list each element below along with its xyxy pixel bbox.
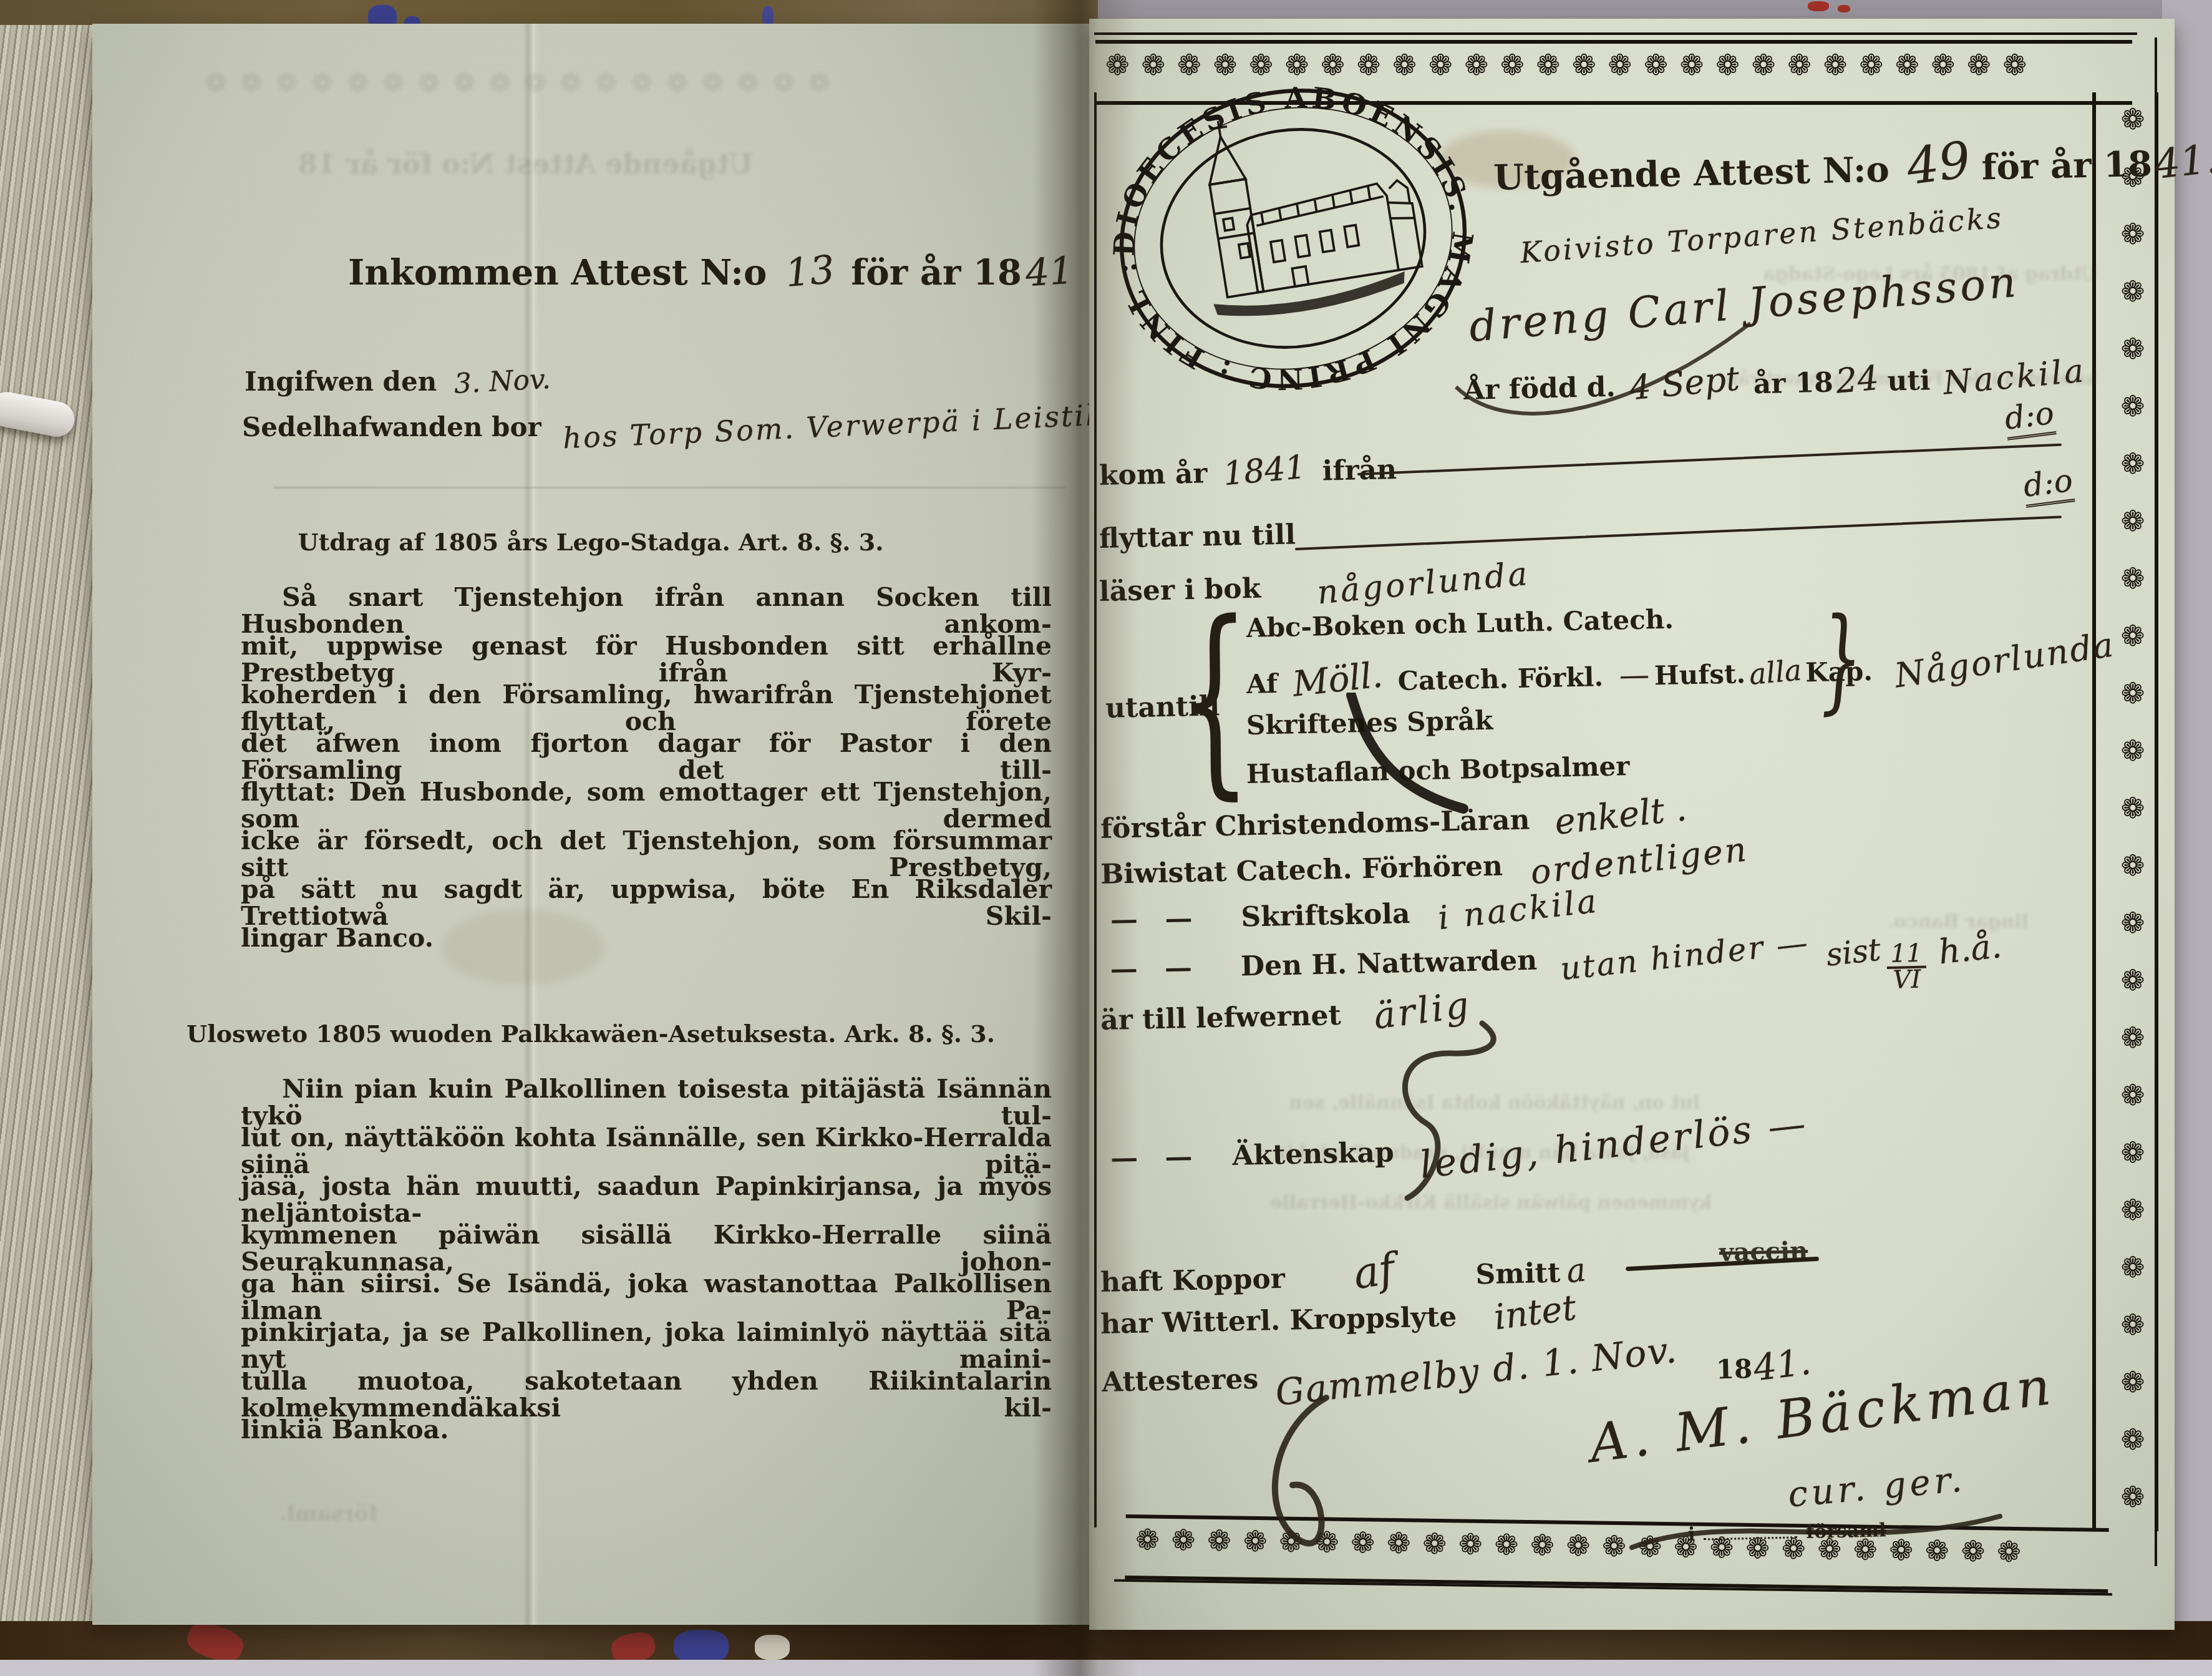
utantill-note-handwritten: Någorlunda xyxy=(1892,625,2117,695)
utantill-item-1-label: Abc-Boken och Luth. Catech. xyxy=(1246,604,1674,643)
kom-row: kom år 1841 ifrån xyxy=(1099,449,1397,493)
bleed-through-ornament: ❁❁❁❁❁❁❁❁❁❁❁❁❁❁❁❁❁❁ xyxy=(205,67,1041,99)
finnish-extract-heading: Ulosweto 1805 wuoden Palkkawäen-Asetukse… xyxy=(92,1020,1089,1048)
inkommen-header-year-label: för år 18 xyxy=(851,252,1022,293)
ditto-dashes: — — xyxy=(1110,1141,1201,1174)
marble-speck xyxy=(1838,5,1850,12)
kom-value: d:o xyxy=(2004,397,2054,438)
born-place-label: uti xyxy=(1887,364,1931,397)
swedish-paragraph-line: lingar Banco. xyxy=(241,925,1052,952)
utantill-item-2-mid: Catech. Förkl. xyxy=(1397,661,1603,696)
nattwarden-date-fraction: 11 VI xyxy=(1886,942,1927,991)
person-origin-text: Koivisto Torparen Stenbäcks xyxy=(1519,200,2005,270)
signature-row: A. M. Bäckman xyxy=(1588,1379,2057,1450)
swedish-paragraph-line: koherden i den Församling, hwarifrån Tje… xyxy=(241,681,1052,735)
inkommen-header: Inkommen Attest N:o 13 för år 18 41 xyxy=(348,248,1073,294)
photographed-book-opening: ❁❁❁❁❁❁❁❁❁❁❁❁❁❁❁❁❁❁ Utgående Attest N:o f… xyxy=(0,0,2212,1676)
utantill-item-1: Abc-Boken och Luth. Catech. xyxy=(1246,604,1674,643)
forsaml-blank xyxy=(1704,1536,1798,1540)
attestation-year-printed: 18 xyxy=(1715,1353,1752,1385)
koppor-smitt-label: Smitt xyxy=(1475,1257,1561,1291)
born-day-handwritten: 4 Sept xyxy=(1627,359,1741,408)
seal-legend: DIOECESIS ABOENSIS. MAGNI PRINC : FINL : xyxy=(1110,67,1476,409)
utantill-item-2-pre: Af xyxy=(1246,668,1278,699)
handwritten-brace: } xyxy=(1818,602,1864,718)
swedish-paragraph-line: Så snart Tjenstehjon ifrån annan Socken … xyxy=(241,584,1052,638)
frame-rule xyxy=(2155,37,2157,1566)
utgaende-header-label: Utgående Attest N:o xyxy=(1493,149,1889,198)
born-year-handwritten: 24 xyxy=(1834,358,1880,401)
fraction-denominator: VI xyxy=(1893,968,1921,991)
biwistat-label: Biwistat Catech. Förhören xyxy=(1100,850,1503,890)
laser-value-handwritten: någorlunda xyxy=(1316,555,1531,612)
frame-rule xyxy=(1094,92,1097,1527)
ditto-handwritten: d:o xyxy=(2002,394,2056,440)
finnish-paragraph-line: jäsä, josta hän muutti, saadun Papinkirj… xyxy=(241,1173,1052,1227)
born-place-handwritten: Nackila xyxy=(1941,352,2087,402)
skriftskola-value-handwritten: i nackila xyxy=(1436,883,1601,938)
lefwernet-label: är till lefwernet xyxy=(1100,1000,1342,1036)
forsaml-footer: i församl xyxy=(1688,1519,1886,1546)
koppor-a-handwritten: a xyxy=(1564,1251,1588,1290)
kom-year-handwritten: 1841 xyxy=(1222,449,1307,494)
attest-year-handwritten: 41. xyxy=(2152,135,2212,188)
pen-flourish xyxy=(1233,1391,1370,1591)
alla-handwritten: alla xyxy=(1748,653,1803,691)
ditto-handwritten: d:o xyxy=(2021,462,2075,507)
ingifwen-label: Ingifwen den xyxy=(245,366,437,397)
kroppslyte-label: har Witterl. Kroppslyte xyxy=(1100,1301,1457,1340)
swedish-paragraph-line: flyttat: Den Husbonde, som emottager ett… xyxy=(241,779,1052,832)
ornament-border-right: ❁❁❁❁❁❁❁❁❁❁❁❁❁❁❁❁❁❁❁❁❁❁❁❁❁ xyxy=(2092,92,2158,1531)
kroppslyte-value-handwritten: intet xyxy=(1492,1287,1579,1338)
diocese-seal: DIOECESIS ABOENSIS. MAGNI PRINC : FINL : xyxy=(1110,67,1476,409)
flyttar-row: flyttar nu till xyxy=(1099,519,1296,555)
ditto-dashes: — — xyxy=(1110,952,1201,985)
skriftskola-label: Skriftskola xyxy=(1241,898,1410,933)
ditto-dashes: — — xyxy=(1110,902,1201,936)
attest-number-handwritten: 49 xyxy=(1903,130,1974,196)
marble-speck xyxy=(1808,1,1829,11)
page-stack-fore-edge xyxy=(0,25,103,1629)
left-page-inkommen-attest: ❁❁❁❁❁❁❁❁❁❁❁❁❁❁❁❁❁❁ Utgående Attest N:o f… xyxy=(92,24,1089,1625)
bleed-through-text: församl. xyxy=(279,1501,377,1526)
finnish-paragraph-line: linkiä Bankoa. xyxy=(241,1416,1052,1443)
ingifwen-date-handwritten: 3. Nov. xyxy=(454,363,551,400)
finnish-paragraph-line: kymmenen päiwän sisällä Kirkko-Herralle … xyxy=(241,1222,1052,1275)
forstar-label: förstår Christendoms-Läran xyxy=(1100,804,1530,845)
born-year-label: år 18 xyxy=(1753,367,1833,401)
marble-speck xyxy=(674,1630,729,1664)
nattwarden-sist-handwritten: sist xyxy=(1824,932,1882,973)
attest-number-handwritten: 13 xyxy=(783,246,837,296)
ingifwen-row: Ingifwen den 3. Nov. xyxy=(245,366,551,397)
koppor-label: haft Koppor xyxy=(1100,1263,1286,1298)
utantill-note: Någorlunda xyxy=(1893,638,2116,682)
person-description-handwritten: Koivisto Torparen Stenbäcks xyxy=(1519,213,2004,257)
nattwarden-ha-handwritten: h.å. xyxy=(1936,926,2004,972)
attestation-year-handwritten: 41. xyxy=(1751,1340,1813,1390)
finnish-paragraph-line: Niin pian kuin Palkollinen toisesta pitä… xyxy=(241,1076,1052,1129)
finnish-paragraph-line: pinkirjata, ja se Palkollinen, joka laim… xyxy=(241,1319,1052,1373)
swedish-paragraph-line: det äfwen inom fjorton dagar för Pastor … xyxy=(241,730,1052,784)
laser-row: läser i bok någorlunda xyxy=(1099,563,1530,609)
kom-from-label: ifrån xyxy=(1322,454,1397,487)
nattwarden-value-handwritten: utan hinder — xyxy=(1558,924,1811,987)
flyttar-value: d:o xyxy=(2023,464,2073,505)
swedish-paragraph-line: mit, uppwise genast för Husbonden sitt e… xyxy=(241,633,1052,686)
finnish-paragraph-line: ga hän siirsi. Se Isändä, joka wastanott… xyxy=(241,1270,1052,1324)
born-label: År född d. xyxy=(1463,371,1616,406)
swedish-paragraph-line: på sätt nu sagdt är, uppwisa, böte En Ri… xyxy=(241,876,1052,930)
inkommen-header-label: Inkommen Attest N:o xyxy=(348,252,767,293)
photo-backdrop xyxy=(0,1660,2212,1676)
koppor-af-handwritten: af xyxy=(1350,1244,1399,1299)
forsaml-label: församl xyxy=(1806,1519,1886,1543)
sedelhafwanden-row: Sedelhafwanden bor hos Torp Som. Verwerp… xyxy=(242,409,1115,443)
bleed-through-rule xyxy=(273,487,1065,489)
swedish-extract-heading: Utdrag af 1805 års Lego-Stadga. Art. 8. … xyxy=(92,528,1089,556)
sedelhafwanden-value-handwritten: hos Torp Som. Verwerpä i Leistilä xyxy=(562,397,1116,456)
nattwarden-label: Den H. Nattwarden xyxy=(1240,945,1537,983)
right-page-utgaende-attest: ❁❁❁❁❁❁❁❁❁❁❁❁❁❁❁❁❁❁❁❁❁❁❁❁❁❁ ❁❁❁❁❁❁❁❁❁❁❁❁❁… xyxy=(1089,19,2175,1630)
frame-rule xyxy=(1094,32,2137,35)
vaccin-struck-label: vaccin xyxy=(1719,1236,1808,1267)
forsaml-i-label: i xyxy=(1688,1524,1695,1546)
swedish-paragraph-line: icke är försedt, och det Tjenstehjon, so… xyxy=(241,827,1052,881)
utantill-item-2-mid2: Hufst. xyxy=(1654,658,1746,691)
flyttar-label: flyttar nu till xyxy=(1099,519,1296,555)
skriftskola-row: — — Skriftskola i nackila xyxy=(1110,890,1599,937)
aktenskap-row: — — Äktenskap ledig, hinderlös — xyxy=(1110,1119,1809,1177)
koppor-vaccin: vaccin xyxy=(1719,1236,1808,1267)
utantill-brace: { xyxy=(1178,594,1252,802)
kom-label: kom år xyxy=(1099,457,1208,492)
sedelhafwanden-label: Sedelhafwanden bor xyxy=(242,412,541,442)
aktenskap-label: Äktenskap xyxy=(1232,1136,1394,1171)
marble-speck xyxy=(755,1635,790,1660)
bleed-through-text: Utgående Attest N:o för år 18 xyxy=(298,149,753,180)
blank-rule xyxy=(1295,515,2062,550)
forstar-value-handwritten: enkelt . xyxy=(1553,788,1689,843)
utgaende-header-year-label: för år 18 xyxy=(1981,144,2153,188)
finnish-paragraph-line: lut on, näyttäköön kohta Isännälle, sen … xyxy=(241,1124,1052,1178)
pen-dash: — xyxy=(1619,657,1649,693)
attest-year-handwritten: 41 xyxy=(1024,248,1075,295)
biwistat-row: Biwistat Catech. Förhören ordentligen xyxy=(1100,839,1749,892)
finnish-paragraph-line: tulla muotoa, sakotetaan yhden Riikintal… xyxy=(241,1368,1052,1421)
